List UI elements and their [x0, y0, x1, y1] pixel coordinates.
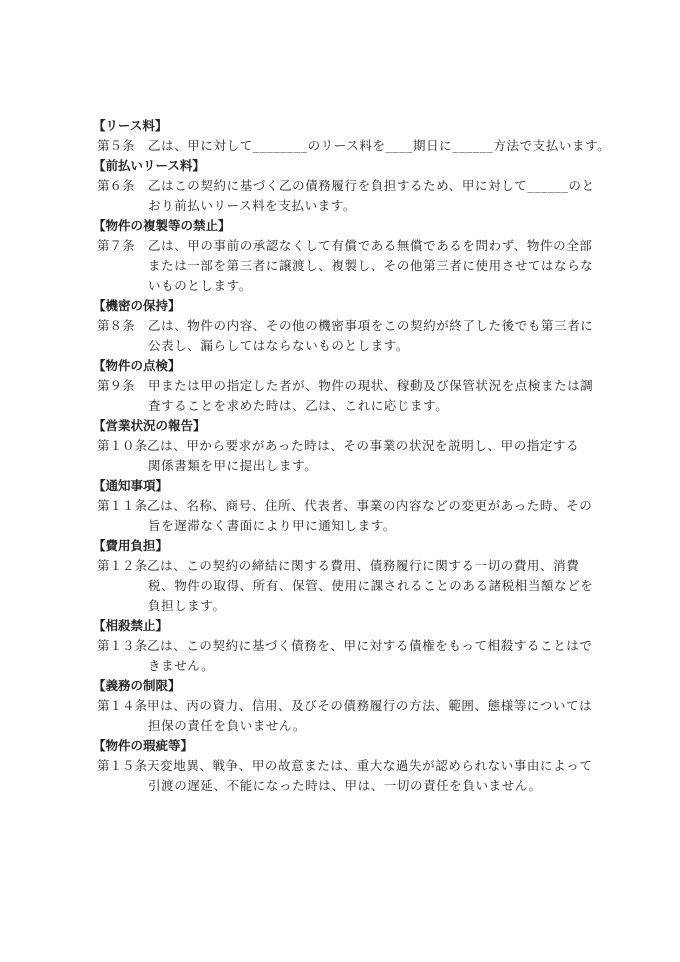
article-text: 第１０条乙は、甲から要求があった時は、その事業の状況を説明し、甲の指定する関係書…: [97, 436, 591, 476]
article-heading: 【費用負担】: [93, 536, 591, 556]
article-number: 第１４条: [97, 698, 147, 713]
article-heading: 【営業状況の報告】: [93, 416, 591, 436]
article-section: 【相殺禁止】第１３条乙は、この契約に基づく債務を、甲に対する債権をもって相殺する…: [97, 616, 591, 676]
article-section: 【営業状況の報告】第１０条乙は、甲から要求があった時は、その事業の状況を説明し、…: [97, 416, 591, 476]
article-line: 甲は、丙の資力、信用、及びその債務履行の方法、範囲、態様等については: [147, 698, 592, 713]
article-heading: 【物件の複製等の禁止】: [93, 216, 591, 236]
article-line: 引渡の遅延、不能になった時は、甲は、一切の責任を負いません。: [97, 776, 591, 796]
article-number: 第１０条: [97, 438, 147, 453]
article-line: 乙は、この契約の締結に関する費用、債務履行に関する一切の費用、消費: [147, 558, 579, 573]
article-body: 甲は、丙の資力、信用、及びその債務履行の方法、範囲、態様等については担保の責任を…: [97, 698, 592, 736]
article-heading: 【通知事項】: [93, 476, 591, 496]
article-heading: 【義務の制限】: [93, 676, 591, 696]
article-body: 乙は、この契約の締結に関する費用、債務履行に関する一切の費用、消費税、物件の取得…: [97, 558, 591, 616]
article-line: 乙は、この契約に基づく債務を、甲に対する債権をもって相殺することはで: [147, 638, 592, 653]
article-number: 第１３条: [97, 638, 147, 653]
article-line: 旨を遅滞なく書面により甲に通知します。: [97, 516, 591, 536]
article-text: 第１２条乙は、この契約の締結に関する費用、債務履行に関する一切の費用、消費税、物…: [97, 556, 591, 616]
article-number: 第１１条: [97, 498, 147, 513]
article-section: 【物件の点検】第９条甲または甲の指定した者が、物件の現状、稼動及び保管状況を点検…: [97, 356, 591, 416]
article-line: 乙は、甲に対して________のリース料を____期日に______方法で支払…: [148, 136, 610, 156]
article-text: 第７条乙は、甲の事前の承認なくして有償である無償であるを問わず、物件の全部または…: [97, 236, 591, 296]
article-line: 天変地異、戦争、甲の故意または、重大な過失が認められない事由によって: [147, 758, 592, 773]
article-line: 税、物件の取得、所有、保管、使用に課されることのある諸税相当額などを: [97, 576, 591, 596]
article-text: 第１３条乙は、この契約に基づく債務を、甲に対する債権をもって相殺することはできま…: [97, 636, 591, 676]
article-section: 【通知事項】第１１条乙は、名称、商号、住所、代表者、事業の内容などの変更があった…: [97, 476, 591, 536]
article-section: 【リース料】第５条乙は、甲に対して________のリース料を____期日に__…: [97, 116, 591, 156]
article-number: 第６条: [97, 176, 148, 216]
article-section: 【物件の瑕疵等】第１５条天変地異、戦争、甲の故意または、重大な過失が認められない…: [97, 736, 591, 796]
article-number: 第８条: [97, 316, 148, 356]
article-line: いものとします。: [148, 276, 593, 296]
article-heading: 【物件の点検】: [93, 356, 591, 376]
article-body: 乙は、この契約に基づく債務を、甲に対する債権をもって相殺することはできません。: [97, 638, 592, 676]
article-heading: 【前払いリース料】: [93, 156, 591, 176]
article-line: 甲または甲の指定した者が、物件の現状、稼動及び保管状況を点検または調: [148, 376, 593, 396]
article-line: 乙は、名称、商号、住所、代表者、事業の内容などの変更があった時、その: [147, 498, 592, 513]
article-line: または一部を第三者に譲渡し、複製し、その他第三者に使用させてはならな: [148, 256, 593, 276]
article-section: 【物件の複製等の禁止】第７条乙は、甲の事前の承認なくして有償である無償であるを問…: [97, 216, 591, 296]
article-section: 【前払いリース料】第６条乙はこの契約に基づく乙の債務履行を負担するため、甲に対し…: [97, 156, 591, 216]
article-line: 乙は、甲から要求があった時は、その事業の状況を説明し、甲の指定する: [147, 438, 579, 453]
article-line: 負担します。: [97, 596, 591, 616]
article-section: 【義務の制限】第１４条甲は、丙の資力、信用、及びその債務履行の方法、範囲、態様等…: [97, 676, 591, 736]
article-number: 第１２条: [97, 558, 147, 573]
article-text: 第６条乙はこの契約に基づく乙の債務履行を負担するため、甲に対して______のと…: [97, 176, 591, 216]
article-number: 第７条: [97, 236, 148, 296]
article-heading: 【リース料】: [93, 116, 591, 136]
article-heading: 【相殺禁止】: [93, 616, 591, 636]
article-body: 乙はこの契約に基づく乙の債務履行を負担するため、甲に対して______のとおり前…: [148, 176, 595, 216]
article-body: 乙は、甲に対して________のリース料を____期日に______方法で支払…: [148, 136, 610, 156]
article-body: 乙は、名称、商号、住所、代表者、事業の内容などの変更があった時、その旨を遅滞なく…: [97, 498, 592, 536]
article-heading: 【機密の保持】: [93, 296, 591, 316]
article-heading: 【物件の瑕疵等】: [93, 736, 591, 756]
article-line: 関係書類を甲に提出します。: [97, 456, 591, 476]
article-body: 甲または甲の指定した者が、物件の現状、稼動及び保管状況を点検または調査することを…: [148, 376, 593, 416]
article-text: 第５条乙は、甲に対して________のリース料を____期日に______方法…: [97, 136, 591, 156]
article-line: 乙はこの契約に基づく乙の債務履行を負担するため、甲に対して______のと: [148, 176, 595, 196]
article-line: きません。: [97, 656, 591, 676]
article-number: 第９条: [97, 376, 148, 416]
article-line: 査することを求めた時は、乙は、これに応じます。: [148, 396, 593, 416]
article-body: 天変地異、戦争、甲の故意または、重大な過失が認められない事由によって引渡の遅延、…: [97, 758, 592, 796]
article-line: 乙は、甲の事前の承認なくして有償である無償であるを問わず、物件の全部: [148, 236, 593, 256]
article-body: 乙は、甲の事前の承認なくして有償である無償であるを問わず、物件の全部または一部を…: [148, 236, 593, 296]
article-text: 第１１条乙は、名称、商号、住所、代表者、事業の内容などの変更があった時、その旨を…: [97, 496, 591, 536]
article-number: 第５条: [97, 136, 148, 156]
article-line: おり前払いリース料を支払います。: [148, 196, 595, 216]
article-number: 第１５条: [97, 758, 147, 773]
article-text: 第８条乙は、物件の内容、その他の機密事項をこの契約が終了した後でも第三者に公表し…: [97, 316, 591, 356]
article-body: 乙は、甲から要求があった時は、その事業の状況を説明し、甲の指定する関係書類を甲に…: [97, 438, 591, 476]
article-text: 第１４条甲は、丙の資力、信用、及びその債務履行の方法、範囲、態様等については担保…: [97, 696, 591, 736]
article-body: 乙は、物件の内容、その他の機密事項をこの契約が終了した後でも第三者に公表し、漏ら…: [148, 316, 593, 356]
article-text: 第９条甲または甲の指定した者が、物件の現状、稼動及び保管状況を点検または調査する…: [97, 376, 591, 416]
article-text: 第１５条天変地異、戦争、甲の故意または、重大な過失が認められない事由によって引渡…: [97, 756, 591, 796]
article-section: 【費用負担】第１２条乙は、この契約の締結に関する費用、債務履行に関する一切の費用…: [97, 536, 591, 616]
article-line: 担保の責任を負いません。: [97, 716, 591, 736]
article-line: 公表し、漏らしてはならないものとします。: [148, 336, 593, 356]
contract-document: 【リース料】第５条乙は、甲に対して________のリース料を____期日に__…: [97, 116, 591, 796]
article-section: 【機密の保持】第８条乙は、物件の内容、その他の機密事項をこの契約が終了した後でも…: [97, 296, 591, 356]
article-line: 乙は、物件の内容、その他の機密事項をこの契約が終了した後でも第三者に: [148, 316, 593, 336]
